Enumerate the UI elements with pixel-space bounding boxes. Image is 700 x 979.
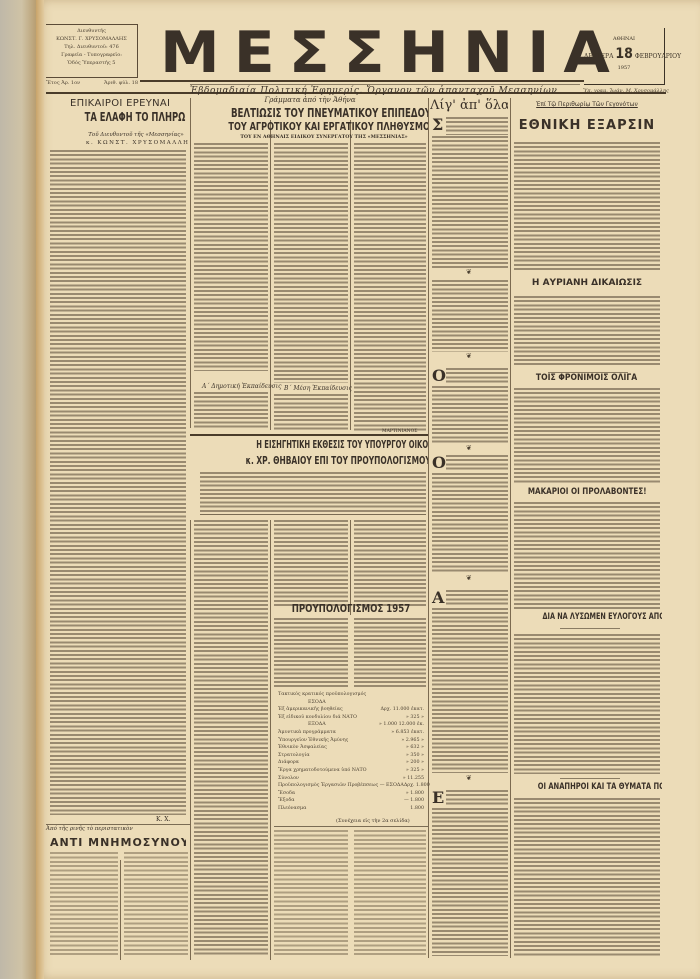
article-body: [354, 143, 426, 433]
issue-month: ΦΕΒΡΟΥΑΡΙΟΥ: [635, 53, 681, 60]
budget-row-label: Στρατολογία: [278, 753, 310, 758]
article-headline-anapiroi: ΟΙ ΑΝΑΠΗΡΟΙ ΚΑΙ ΤΑ ΘΥΜΑΤΑ ΠΟΛΕΜΟΥ: [512, 782, 662, 792]
article-separator: [274, 826, 428, 827]
issue-number: Ἀριθ. φύλ. 18: [104, 80, 138, 86]
budget-row-value: 1.800: [410, 806, 424, 811]
article-body: [274, 830, 348, 955]
budget-table-row: Στρατολογία» 350 »: [278, 753, 424, 758]
issue-year: 1957: [584, 65, 664, 71]
article-body: [514, 502, 660, 610]
article-body: [514, 798, 660, 956]
budget-row-label: Σύνολον: [278, 776, 299, 781]
article-separator: [46, 824, 190, 825]
drop-cap: Α: [432, 590, 444, 606]
headline-text: ΒΕΛΤΙΩΣΙΣ ΤΟΥ ΠΝΕΥΜΑΤΙΚΟΥ ΕΠΙΠΕΔΟΥ: [231, 106, 428, 120]
headline-text: ΜΑΚΑΡΙΟΙ ΟΙ ΠΡΟΛΑΒΟΝΤΕΣ!: [528, 487, 647, 497]
budget-table-row: Πλεόνασμα1.800: [278, 806, 424, 811]
budget-row-value: Δρχ. 1.800: [404, 783, 430, 788]
drop-cap: Ο: [432, 455, 446, 471]
article-subhead: Β΄ Μέση Ἐκπαίδευσις: [284, 385, 352, 392]
budget-table-row: Ἐξ εἰδικοῦ κονδυλίου διά ΝΑΤΟ» 325 »: [278, 715, 424, 720]
byline-author: κ. ΚΩΝΣΤ. ΧΡΥΣΟΜΑΛΛΗ: [86, 140, 186, 146]
column-divider: [350, 520, 351, 615]
budget-table-row: Ἔσοδα» 1.800: [278, 791, 424, 796]
budget-row-label: ΕΞΟΔΑ: [278, 722, 326, 727]
column-divider: [120, 860, 121, 960]
budget-table-row: Ἐξ ἀμερικανικῆς βοηθείαςΔρχ. 11.000 ἑκατ…: [278, 707, 424, 712]
date-box: ΑΘΗΝΑΙ ΔΕΥΤΕΡΑ 18 ΦΕΒΡΟΥΑΡΙΟΥ 1957: [584, 28, 665, 85]
budget-row-label: Διάφορα: [278, 760, 299, 765]
budget-row-value: » 325 »: [406, 768, 424, 773]
article-body: [432, 280, 508, 352]
article-headline-eisigitiki-2: κ. ΧΡ. ΘΗΒΑΙΟΥ ΕΠΙ ΤΟΥ ΠΡΟΥΠΟΛΟΓΙΣΜΟΥ ΤΟ…: [192, 454, 428, 467]
budget-row-label: Ἐξ ἀμερικανικῆς βοηθείας: [278, 707, 343, 712]
continuation-note: (Συνέχεια εἰς τὴν 2α σελίδα): [336, 818, 410, 824]
budget-table-row: Προϋπολογισμὸς Ἐργασιῶν Προβέπσεως — ΕΣΟ…: [278, 783, 424, 788]
budget-table-row: ΕΣΟΔΑ: [278, 700, 424, 705]
article-subhead: Α΄ Δημοτική Ἐκπαίδευσις: [202, 383, 281, 390]
budget-row-label: Ἔσοδα: [278, 791, 295, 796]
article-body: [446, 368, 508, 384]
article-kicker: Γράμματα ἀπό τὴν Ἀθήνα: [192, 96, 428, 104]
article-body: [446, 117, 508, 135]
director-name: ΚΩΝΣΤ. Γ. ΧΡΥΣΟΜΑΛΛΗΣ: [46, 35, 137, 43]
article-body: [194, 520, 268, 955]
column-divider: [510, 98, 511, 958]
editor-credit: Ὑπ. γραμ. Ἰωάν. Μ. Χρυσομάλλης: [583, 88, 683, 94]
article-headline-makarioi: ΜΑΚΑΡΙΟΙ ΟΙ ΠΡΟΛΑΒΟΝΤΕΣ!: [512, 487, 662, 497]
issue-day: ΔΕΥΤΕΡΑ: [584, 53, 613, 60]
article-body: [514, 296, 660, 366]
budget-row-value: » 632 »: [406, 745, 424, 750]
budget-row-label: Ἐξ εἰδικοῦ κονδυλίου διά ΝΑΤΟ: [278, 715, 357, 720]
byline: Τοῦ Διευθυντοῦ τῆς «Μεσσηνίας»: [86, 132, 186, 138]
budget-row-label: Προϋπολογισμὸς Ἐργασιῶν Προβέπσεως — ΕΣΟ…: [278, 783, 404, 788]
article-body: [274, 143, 348, 383]
budget-row-value: » 1.800: [406, 791, 424, 796]
article-separator: [200, 514, 426, 515]
drop-cap: Ο: [432, 368, 446, 384]
article-body: [194, 143, 268, 371]
article-body: [514, 142, 660, 270]
column-divider: [190, 520, 191, 960]
office-label: Γραφεῖα - Τυπογραφεῖο:: [46, 51, 137, 59]
page-binding-shadow: [36, 0, 44, 979]
ornament: ❦: [466, 444, 472, 452]
ornament: ❦: [466, 352, 472, 360]
article-body: [432, 608, 508, 773]
director-info-box: Διευθυντής ΚΩΝΣΤ. Γ. ΧΡΥΣΟΜΑΛΛΗΣ Τηλ. Δι…: [46, 24, 138, 78]
article-body: [432, 136, 508, 268]
budget-row-value: » 350 »: [406, 753, 424, 758]
director-label: Διευθυντής: [46, 27, 137, 35]
article-body: [354, 520, 426, 608]
article-separator: [190, 434, 428, 436]
article-body: [432, 808, 508, 956]
article-summary: [200, 472, 426, 512]
budget-row-value: » 6.853 ἑκατ.: [391, 730, 424, 735]
article-separator: [560, 778, 620, 779]
article-body: [446, 455, 508, 471]
newspaper-title: ΜΕΣΣΗΝΙΑ: [160, 22, 560, 85]
budget-table-row: Σύνολον» 11.255: [278, 776, 424, 781]
budget-table-row: Ἔξοδα— 1.800: [278, 798, 424, 803]
headline-text: Η ΕΙΣΗΓΗΤΙΚΗ ΕΚΘΕΣΙΣ ΤΟΥ ΥΠΟΥΡΓΟΥ ΟΙΚΟΝΟ…: [256, 438, 428, 451]
article-body: [514, 388, 660, 484]
column-divider: [270, 520, 271, 960]
headline-text: κ. ΧΡ. ΘΗΒΑΙΟΥ ΕΠΙ ΤΟΥ ΠΡΟΥΠΟΛΟΓΙΣΜΟΥ ΤΟ…: [246, 454, 428, 467]
article-headline-lig-ap-ola: Λίγ' ἀπ' ὅλα: [430, 98, 508, 113]
budget-row-value: Δρχ. 11.000 ἑκατ.: [380, 707, 424, 712]
ornament: ❦: [466, 268, 472, 276]
budget-table-row: Ἀμυντικὰ προγράμματα» 6.853 ἑκατ.: [278, 730, 424, 735]
article-headline-veltiosis-1: ΒΕΛΤΙΩΣΙΣ ΤΟΥ ΠΝΕΥΜΑΤΙΚΟΥ ΕΠΙΠΕΔΟΥ: [192, 106, 428, 120]
article-body: [354, 830, 426, 955]
article-headline-aporias: ΔΙΑ ΝΑ ΛΥΣΩΜΕΝ ΕΥΛΟΓΟΥΣ ΑΠΟΡΙΑΣ ΜΑΣ: [512, 612, 662, 622]
budget-table-row: Ἔργα χρηματοδοτούμενα ὑπό ΝΑΤΟ» 325 »: [278, 768, 424, 773]
article-body: [432, 386, 508, 444]
budget-row-value: » 200 »: [406, 760, 424, 765]
budget-row-value: » 325 »: [406, 715, 424, 720]
previous-page-edge: [0, 0, 36, 979]
budget-row-value: » 11.255: [403, 776, 424, 781]
budget-table-row: Ἐθνικὸν Ἀσφαλείας» 632 »: [278, 745, 424, 750]
office-address: Ὁδός Ὑπεραστής 5: [46, 59, 137, 67]
article-headline-veltiosis-2: ΤΟΥ ΑΓΡΟΤΙΚΟΥ ΚΑΙ ΕΡΓΑΤΙΚΟΥ ΠΛΗΘΥΣΜΟΥ: [192, 120, 428, 133]
budget-row-label: Ὑπουργεῖον Ἐθνικῆς Ἀμύνης: [278, 738, 348, 743]
budget-table-row: ΕΞΟΔΑ» 1.000 12.000 ἑκ.: [278, 722, 424, 727]
column-divider: [428, 98, 429, 958]
column-divider: [190, 98, 191, 428]
article-body: [274, 618, 348, 688]
article-headline-anti-mnimosynou: ΑΝΤΙ ΜΝΗΜΟΣΥΝΟΥ: [50, 836, 186, 849]
article-headline-eisigitiki-1: Η ΕΙΣΗΓΗΤΙΚΗ ΕΚΘΕΣΙΣ ΤΟΥ ΥΠΟΥΡΓΟΥ ΟΙΚΟΝΟ…: [192, 438, 428, 451]
article-body: [432, 473, 508, 573]
headline-text: ΤΑ ΕΛΑΦΗ ΤΟ ΠΛΗΡΩΜΑ ΤΟΥ ΧΡΟΝΟΥ: [85, 110, 186, 124]
budget-row-label: Ἔργα χρηματοδοτούμενα ὑπό ΝΑΤΟ: [278, 768, 367, 773]
headline-text: ΠΡΟΥΠΟΛΟΓΙΣΜΟΣ 1957: [292, 602, 410, 615]
article-body: [194, 392, 268, 430]
headline-text: ΟΙ ΑΝΑΠΗΡΟΙ ΚΑΙ ΤΑ ΘΥΜΑΤΑ ΠΟΛΕΜΟΥ: [538, 782, 662, 792]
budget-row-value: — 1.800: [404, 798, 424, 803]
article-body: [124, 852, 188, 957]
drop-cap: Σ: [432, 117, 443, 133]
budget-row-value: » 2.965 »: [401, 738, 424, 743]
budget-row-label: Τακτικός κρατικός προϋπολογισμός: [278, 692, 366, 697]
article-body: [354, 618, 426, 688]
budget-row-label: ΕΣΟΔΑ: [278, 700, 326, 705]
article-body: [274, 394, 348, 430]
headline-text: ΤΟΙΣ ΦΡΟΝΙΜΟΙΣ ΟΛΙΓΑ: [536, 373, 637, 383]
budget-table-row: Διάφορα» 200 »: [278, 760, 424, 765]
budget-table-row: Ὑπουργεῖον Ἐθνικῆς Ἀμύνης» 2.965 »: [278, 738, 424, 743]
headline-text: ΔΙΑ ΝΑ ΛΥΣΩΜΕΝ ΕΥΛΟΓΟΥΣ ΑΠΟΡΙΑΣ ΜΑΣ: [543, 612, 662, 622]
drop-cap: Ε: [432, 790, 444, 806]
budget-row-label: Ἀμυντικὰ προγράμματα: [278, 730, 336, 735]
article-body: [446, 790, 508, 806]
byline: ΤΟΥ ΕΝ ΑΘΗΝΑΙΣ ΕΙΔΙΚΟΥ ΣΥΝΕΡΓΑΤΟΥ ΤΗΣ «Μ…: [220, 134, 428, 140]
budget-row-label: Ἐθνικὸν Ἀσφαλείας: [278, 745, 327, 750]
issue-date-number: 18: [615, 46, 633, 62]
article-body: [50, 150, 186, 815]
year-number: Ἔτος Ἀρ. 1ον: [46, 80, 80, 86]
article-body: [274, 520, 348, 608]
newspaper-subtitle: Ἑβδομαδιαία Πολιτική Ἐφημερίς. Ὄργανον τ…: [190, 86, 590, 96]
article-separator: [560, 628, 620, 629]
article-headline-avriani-dikaiosis: Η ΑΥΡΙΑΝΗ ΔΙΚΑΙΩΣΙΣ: [512, 278, 662, 288]
budget-row-label: Ἔξοδα: [278, 798, 295, 803]
dateline-place: ΑΘΗΝΑΙ: [584, 36, 664, 42]
article-signature: Κ. Χ.: [156, 816, 170, 823]
ornament: ❦: [466, 774, 472, 782]
article-headline-ethniki-exarsin: ΕΘΝΙΚΗ ΕΞΑΡΣΙΝ: [512, 118, 662, 133]
article-body: [446, 590, 508, 606]
article-headline-fronimois: ΤΟΙΣ ΦΡΟΝΙΜΟΙΣ ΟΛΙΓΑ: [512, 373, 662, 383]
article-kicker: Ἀπό τῆς ρινῆς τὸ περιστατικὸν: [46, 826, 136, 832]
ornament: ❦: [466, 574, 472, 582]
article-kicker: Ἐπί Τῷ Περιθωρίῳ Τῶν Γεγονότων: [512, 100, 662, 108]
article-headline-elafi: ΤΑ ΕΛΑΦΗ ΤΟ ΠΛΗΡΩΜΑ ΤΟΥ ΧΡΟΝΟΥ: [46, 110, 186, 124]
column-divider: [350, 120, 351, 430]
budget-row-value: » 1.000 12.000 ἑκ.: [379, 722, 424, 727]
section-heading: ΕΠΙΚΑΙΡΟΙ ΕΡΕΥΝΑΙ: [70, 98, 170, 109]
article-body: [514, 634, 660, 774]
article-headline-proypologismos: ΠΡΟΥΠΟΛΟΓΙΣΜΟΣ 1957: [274, 602, 428, 615]
director-phone: Τηλ. Διευθυντοῦ: 476: [46, 43, 137, 51]
article-body: [50, 852, 118, 957]
budget-table-row: Τακτικός κρατικός προϋπολογισμός: [278, 692, 424, 697]
issue-info: Ἔτος Ἀρ. 1ον Ἀριθ. φύλ. 18: [46, 80, 138, 86]
issue-date: ΔΕΥΤΕΡΑ 18 ΦΕΒΡΟΥΑΡΙΟΥ: [584, 46, 664, 62]
budget-row-label: Πλεόνασμα: [278, 806, 306, 811]
headline-text: ΤΟΥ ΑΓΡΟΤΙΚΟΥ ΚΑΙ ΕΡΓΑΤΙΚΟΥ ΠΛΗΘΥΣΜΟΥ: [228, 120, 428, 133]
